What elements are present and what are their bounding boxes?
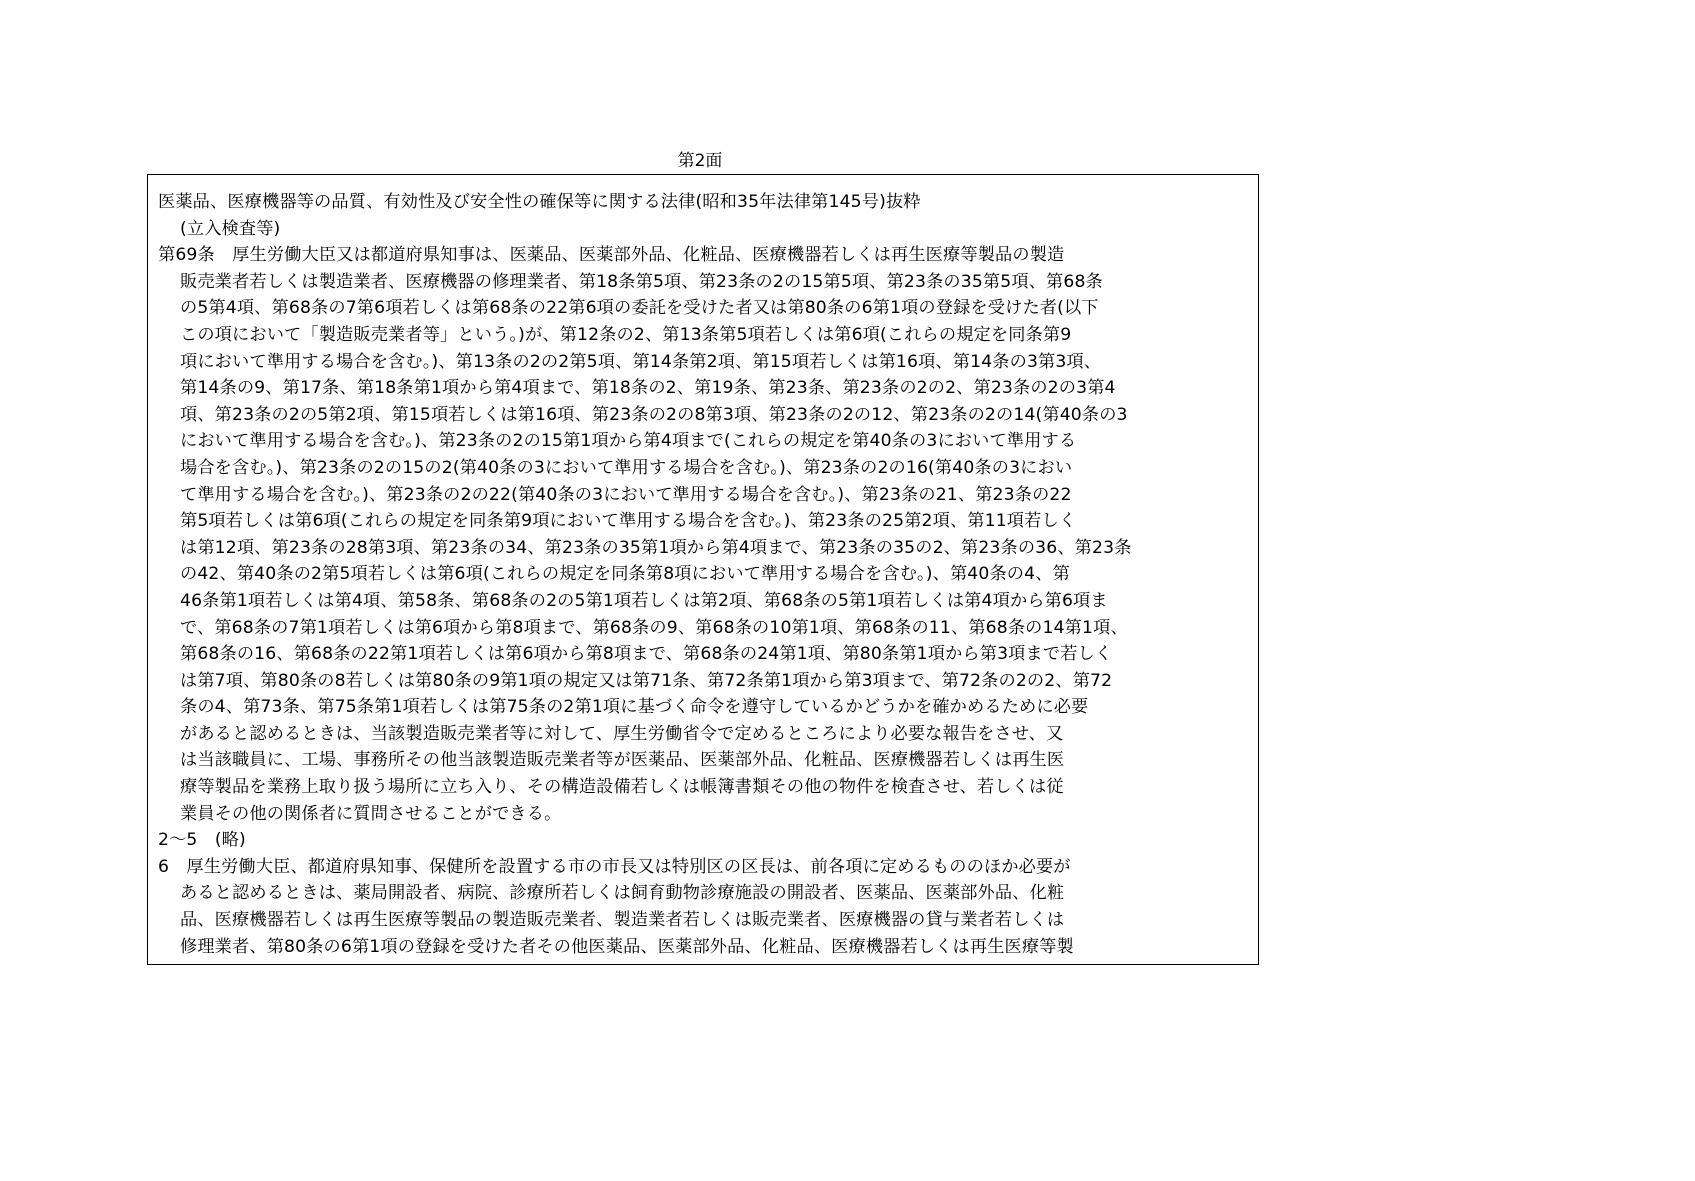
article-69-line: 46条第1項若しくは第4項、第58条、第68条の2の5第1項若しくは第2項、第6… [158, 588, 1250, 615]
article-69-line: 第14条の9、第17条、第18条第1項から第4項まで、第18条の2、第19条、第… [158, 375, 1250, 402]
paragraph-6-line: 修理業者、第80条の6第1項の登録を受けた者その他医薬品、医薬部外品、化粧品、医… [158, 934, 1250, 961]
article-69-line: 療等製品を業務上取り扱う場所に立ち入り、その構造設備若しくは帳簿書類その他の物件… [158, 774, 1250, 801]
paragraph-6-line: あると認めるときは、薬局開設者、病院、診療所若しくは飼育動物診療施設の開設者、医… [158, 880, 1250, 907]
paragraph-6-line: 6 厚生労働大臣、都道府県知事、保健所を設置する市の市長又は特別区の区長は、前各… [158, 854, 1250, 881]
article-69-line: 条の4、第73条、第75条第1項若しくは第75条の2第1項に基づく命令を遵守して… [158, 694, 1250, 721]
article-69-line: 業員その他の関係者に質問させることができる。 [158, 801, 1250, 828]
page-label: 第2面 [660, 149, 740, 173]
article-69-line: は当該職員に、工場、事務所その他当該製造販売業者等が医薬品、医薬部外品、化粧品、… [158, 747, 1250, 774]
article-69-line: 項において準用する場合を含む。)、第13条の2の2第5項、第14条第2項、第15… [158, 349, 1250, 376]
article-69-line: は第12項、第23条の28第3項、第23条の34、第23条の35第1項から第4項… [158, 535, 1250, 562]
article-69-line: 第5項若しくは第6項(これらの規定を同条第9項において準用する場合を含む。)、第… [158, 508, 1250, 535]
article-69-line: は第7項、第80条の8若しくは第80条の9第1項の規定又は第71条、第72条第1… [158, 668, 1250, 695]
article-69-line: 第69条 厚生労働大臣又は都道府県知事は、医薬品、医薬部外品、化粧品、医療機器若… [158, 242, 1250, 269]
article-69-line: において準用する場合を含む。)、第23条の2の15第1項から第4項まで(これらの… [158, 428, 1250, 455]
article-69-line: 販売業者若しくは製造業者、医療機器の修理業者、第18条第5項、第23条の2の15… [158, 269, 1250, 296]
article-69-line: て準用する場合を含む。)、第23条の2の22(第40条の3において準用する場合を… [158, 482, 1250, 509]
article-69-line: この項において「製造販売業者等」という。)が、第12条の2、第13条第5項若しく… [158, 322, 1250, 349]
article-69-line: の42、第40条の2第5項若しくは第6項(これらの規定を同条第8項において準用す… [158, 561, 1250, 588]
article-69-line: があると認めるときは、当該製造販売業者等に対して、厚生労働省令で定めるところによ… [158, 721, 1250, 748]
article-69: 第69条 厚生労働大臣又は都道府県知事は、医薬品、医薬部外品、化粧品、医療機器若… [158, 242, 1250, 827]
document-title: 医薬品、医療機器等の品質、有効性及び安全性の確保等に関する法律(昭和35年法律第… [158, 189, 1250, 216]
paragraph-6: 6 厚生労働大臣、都道府県知事、保健所を設置する市の市長又は特別区の区長は、前各… [158, 854, 1250, 960]
document-frame: 医薬品、医療機器等の品質、有効性及び安全性の確保等に関する法律(昭和35年法律第… [147, 174, 1259, 965]
article-69-line: の5第4項、第68条の7第6項若しくは第68条の22第6項の委託を受けた者又は第… [158, 295, 1250, 322]
section-caption: (立入検査等) [158, 216, 1250, 243]
article-69-line: 第68条の16、第68条の22第1項若しくは第6項から第8項まで、第68条の24… [158, 641, 1250, 668]
paragraph-6-line: 品、医療機器若しくは再生医療等製品の製造販売業者、製造業者若しくは販売業者、医療… [158, 907, 1250, 934]
paragraphs-2-5-omitted: 2〜5 (略) [158, 827, 1250, 854]
article-69-line: で、第68条の7第1項若しくは第6項から第8項まで、第68条の9、第68条の10… [158, 615, 1250, 642]
article-69-line: 項、第23条の2の5第2項、第15項若しくは第16項、第23条の2の8第3項、第… [158, 402, 1250, 429]
document-content: 医薬品、医療機器等の品質、有効性及び安全性の確保等に関する法律(昭和35年法律第… [158, 189, 1250, 960]
article-69-line: 場合を含む。)、第23条の2の15の2(第40条の3において準用する場合を含む。… [158, 455, 1250, 482]
